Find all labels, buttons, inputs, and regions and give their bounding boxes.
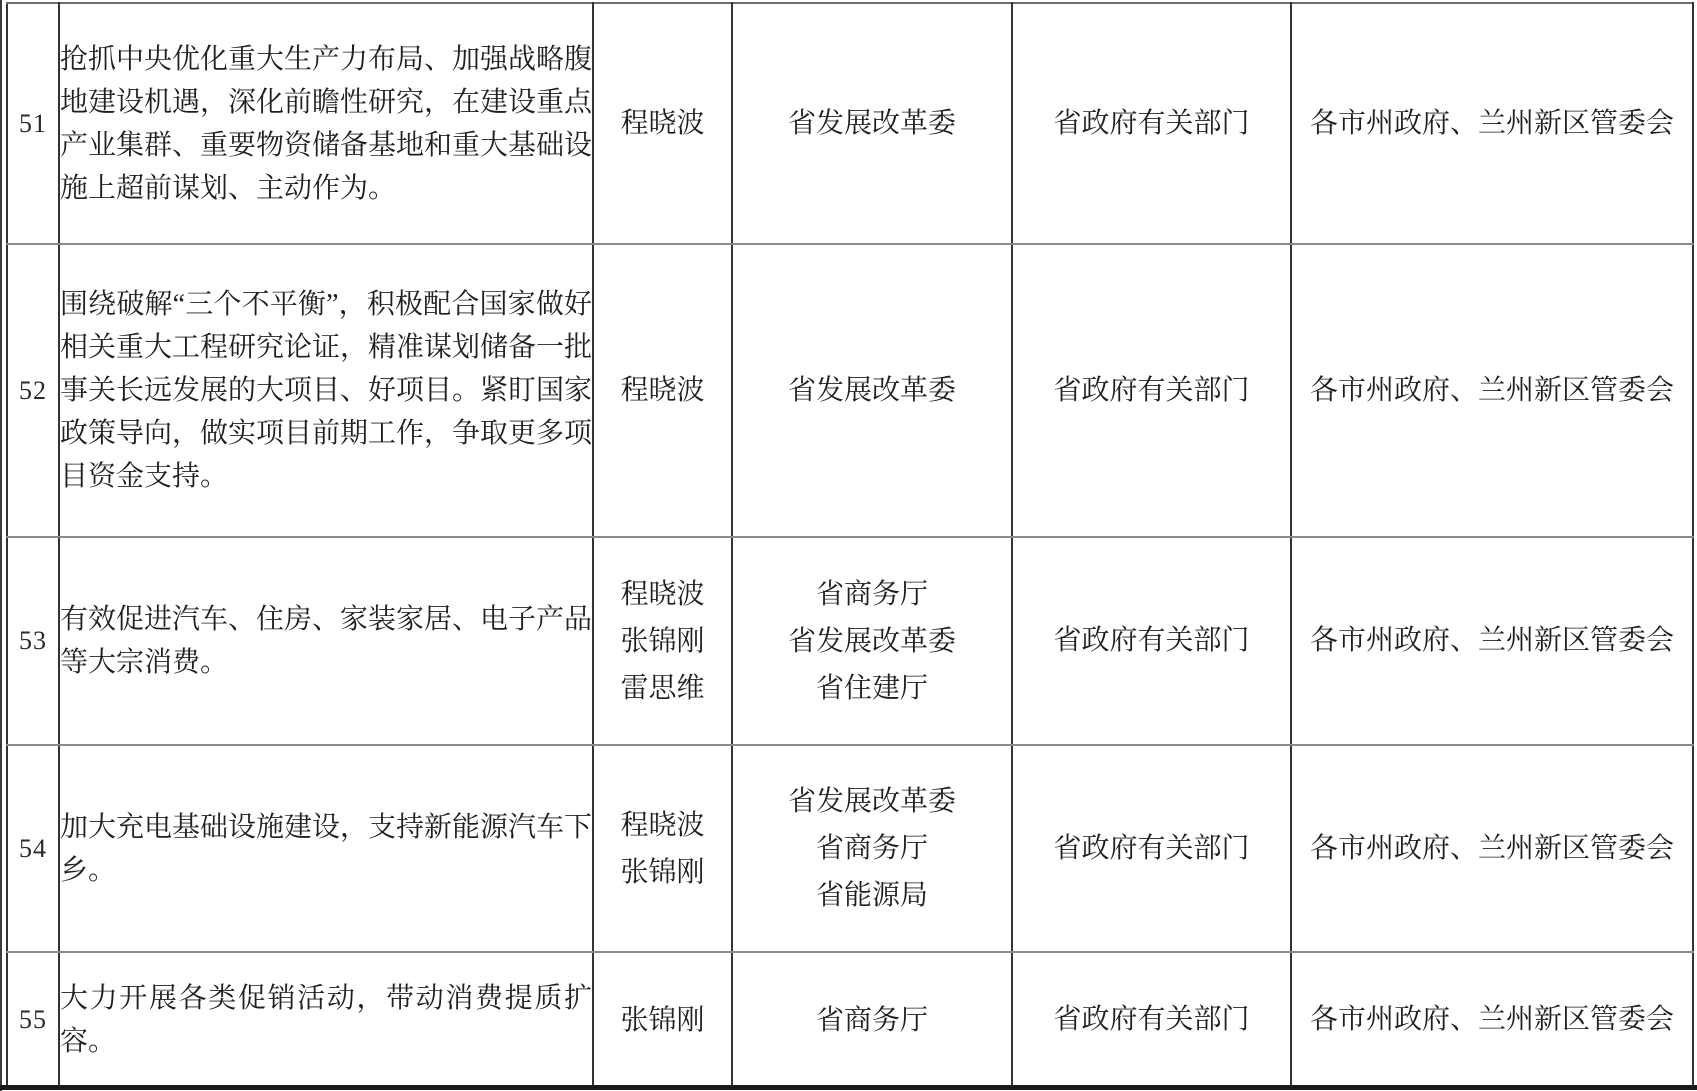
impl-unit-cell: 各市州政府、兰州新区管委会 [1291, 3, 1693, 244]
row-number: 54 [19, 834, 47, 863]
task-cell: 有效促进汽车、住房、家装家居、电子产品等大宗消费。 [59, 537, 593, 745]
table-left-outer-border [0, 0, 2, 1091]
leader-name: 程晓波 [594, 571, 731, 618]
lead-dept-cell: 省发展改革委 省商务厅 省能源局 [732, 745, 1012, 952]
related-dept-cell: 省政府有关部门 [1012, 244, 1291, 537]
impl-unit: 各市州政府、兰州新区管委会 [1292, 829, 1692, 869]
row-number: 52 [19, 376, 47, 405]
table-row-55: 55 大力开展各类促销活动，带动消费提质扩容。 张锦刚 省商务厅 省政府有关部门… [7, 952, 1693, 1087]
leader-name: 张锦刚 [594, 997, 731, 1044]
task-text: 围绕破解“三个不平衡”，积极配合国家做好相关重大工程研究论证，精准谋划储备一批事… [60, 283, 592, 498]
row-number: 51 [19, 109, 47, 138]
lead-dept-cell: 省发展改革委 [732, 244, 1012, 537]
impl-unit-cell: 各市州政府、兰州新区管委会 [1291, 537, 1693, 745]
related-dept-cell: 省政府有关部门 [1012, 952, 1291, 1087]
lead-dept: 省能源局 [733, 872, 1011, 919]
lead-dept: 省商务厅 [733, 825, 1011, 872]
table-row-52: 52 围绕破解“三个不平衡”，积极配合国家做好相关重大工程研究论证，精准谋划储备… [7, 244, 1693, 537]
lead-dept: 省住建厅 [733, 665, 1011, 712]
lead-dept-cell: 省商务厅 省发展改革委 省住建厅 [732, 537, 1012, 745]
row-number-cell: 52 [7, 244, 59, 537]
impl-unit-cell: 各市州政府、兰州新区管委会 [1291, 244, 1693, 537]
lead-dept: 省发展改革委 [733, 100, 1011, 147]
lead-dept: 省发展改革委 [733, 367, 1011, 414]
row-number-cell: 55 [7, 952, 59, 1087]
lead-dept: 省商务厅 [733, 997, 1011, 1044]
task-cell: 大力开展各类促销活动，带动消费提质扩容。 [59, 952, 593, 1087]
impl-unit: 各市州政府、兰州新区管委会 [1292, 1000, 1692, 1040]
related-dept-cell: 省政府有关部门 [1012, 745, 1291, 952]
task-text: 大力开展各类促销活动，带动消费提质扩容。 [60, 977, 592, 1063]
table-bottom-border [0, 1085, 1697, 1090]
related-dept: 省政府有关部门 [1013, 371, 1290, 411]
task-text: 抢抓中央优化重大生产力布局、加强战略腹地建设机遇，深化前瞻性研究，在建设重点产业… [60, 38, 592, 210]
table-row-51: 51 抢抓中央优化重大生产力布局、加强战略腹地建设机遇，深化前瞻性研究，在建设重… [7, 3, 1693, 244]
impl-unit: 各市州政府、兰州新区管委会 [1292, 621, 1692, 661]
leader-cell: 程晓波 [593, 3, 732, 244]
lead-dept: 省发展改革委 [733, 778, 1011, 825]
leader-cell: 程晓波 张锦刚 [593, 745, 732, 952]
row-number-cell: 54 [7, 745, 59, 952]
task-assignment-table: 51 抢抓中央优化重大生产力布局、加强战略腹地建设机遇，深化前瞻性研究，在建设重… [6, 2, 1694, 1087]
task-cell: 围绕破解“三个不平衡”，积极配合国家做好相关重大工程研究论证，精准谋划储备一批事… [59, 244, 593, 537]
leader-cell: 程晓波 张锦刚 雷思维 [593, 537, 732, 745]
impl-unit-cell: 各市州政府、兰州新区管委会 [1291, 745, 1693, 952]
row-number-cell: 51 [7, 3, 59, 244]
impl-unit-cell: 各市州政府、兰州新区管委会 [1291, 952, 1693, 1087]
leader-name: 程晓波 [594, 100, 731, 147]
leader-name: 张锦刚 [594, 849, 731, 896]
task-text: 有效促进汽车、住房、家装家居、电子产品等大宗消费。 [60, 598, 592, 684]
related-dept-cell: 省政府有关部门 [1012, 537, 1291, 745]
lead-dept: 省发展改革委 [733, 618, 1011, 665]
task-text: 加大充电基础设施建设，支持新能源汽车下乡。 [60, 806, 592, 892]
related-dept: 省政府有关部门 [1013, 1000, 1290, 1040]
leader-cell: 张锦刚 [593, 952, 732, 1087]
task-cell: 加大充电基础设施建设，支持新能源汽车下乡。 [59, 745, 593, 952]
impl-unit: 各市州政府、兰州新区管委会 [1292, 104, 1692, 144]
related-dept: 省政府有关部门 [1013, 104, 1290, 144]
table-row-54: 54 加大充电基础设施建设，支持新能源汽车下乡。 程晓波 张锦刚 省发展改革委 … [7, 745, 1693, 952]
table-row-53: 53 有效促进汽车、住房、家装家居、电子产品等大宗消费。 程晓波 张锦刚 雷思维… [7, 537, 1693, 745]
document-page: 51 抢抓中央优化重大生产力布局、加强战略腹地建设机遇，深化前瞻性研究，在建设重… [0, 0, 1697, 1091]
task-cell: 抢抓中央优化重大生产力布局、加强战略腹地建设机遇，深化前瞻性研究，在建设重点产业… [59, 3, 593, 244]
lead-dept-cell: 省商务厅 [732, 952, 1012, 1087]
related-dept: 省政府有关部门 [1013, 829, 1290, 869]
lead-dept: 省商务厅 [733, 571, 1011, 618]
leader-name: 程晓波 [594, 367, 731, 414]
leader-name: 张锦刚 [594, 618, 731, 665]
impl-unit: 各市州政府、兰州新区管委会 [1292, 371, 1692, 411]
row-number: 53 [19, 626, 47, 655]
lead-dept-cell: 省发展改革委 [732, 3, 1012, 244]
related-dept-cell: 省政府有关部门 [1012, 3, 1291, 244]
row-number-cell: 53 [7, 537, 59, 745]
row-number: 55 [19, 1005, 47, 1034]
leader-name: 程晓波 [594, 802, 731, 849]
leader-name: 雷思维 [594, 665, 731, 712]
leader-cell: 程晓波 [593, 244, 732, 537]
related-dept: 省政府有关部门 [1013, 621, 1290, 661]
